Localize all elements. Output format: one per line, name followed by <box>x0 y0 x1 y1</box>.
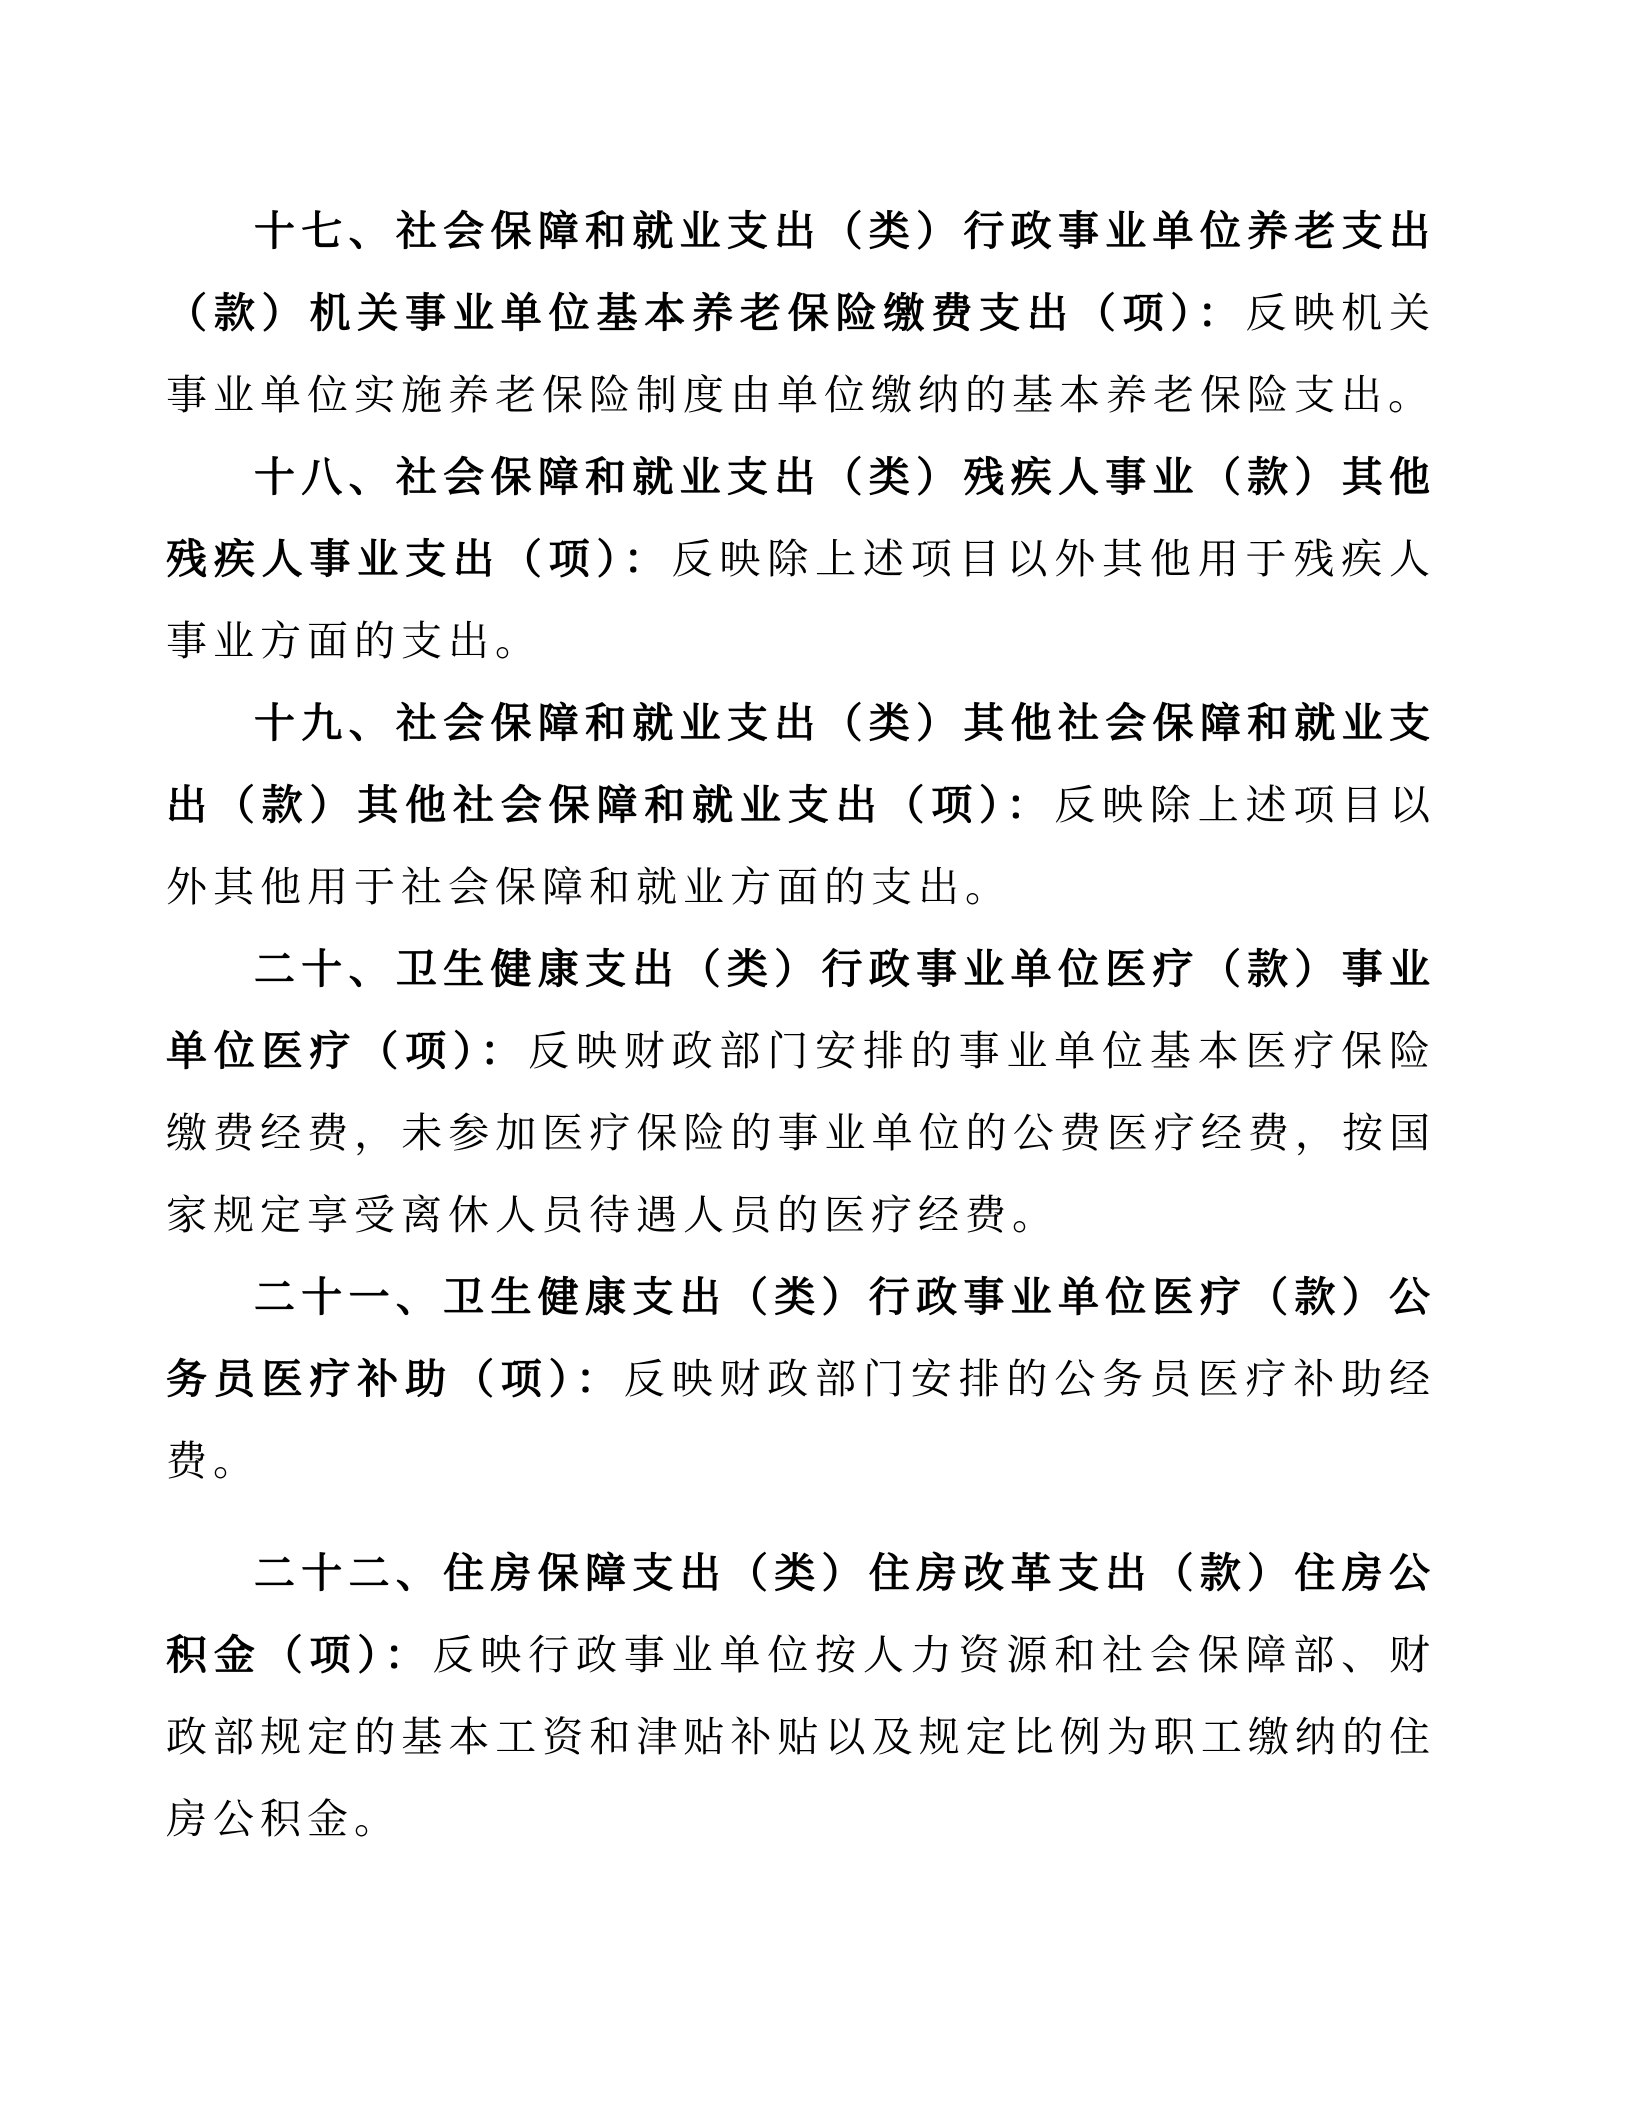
paragraph-20: 二十、卫生健康支出（类）行政事业单位医疗（款）事业单位医疗（项）：反映财政部门安… <box>166 928 1436 1256</box>
paragraph-21: 二十一、卫生健康支出（类）行政事业单位医疗（款）公务员医疗补助（项）：反映财政部… <box>166 1256 1436 1502</box>
document-body: 十七、社会保障和就业支出（类）行政事业单位养老支出（款）机关事业单位基本养老保险… <box>166 190 1436 1860</box>
paragraph-22: 二十二、住房保障支出（类）住房改革支出（款）住房公积金（项）：反映行政事业单位按… <box>166 1532 1436 1860</box>
document-page: { "document": { "language": "zh-CN", "ba… <box>0 0 1632 2112</box>
paragraph-17: 十七、社会保障和就业支出（类）行政事业单位养老支出（款）机关事业单位基本养老保险… <box>166 190 1436 436</box>
paragraph-19: 十九、社会保障和就业支出（类）其他社会保障和就业支出（款）其他社会保障和就业支出… <box>166 682 1436 928</box>
paragraph-18: 十八、社会保障和就业支出（类）残疾人事业（款）其他残疾人事业支出（项）：反映除上… <box>166 436 1436 682</box>
